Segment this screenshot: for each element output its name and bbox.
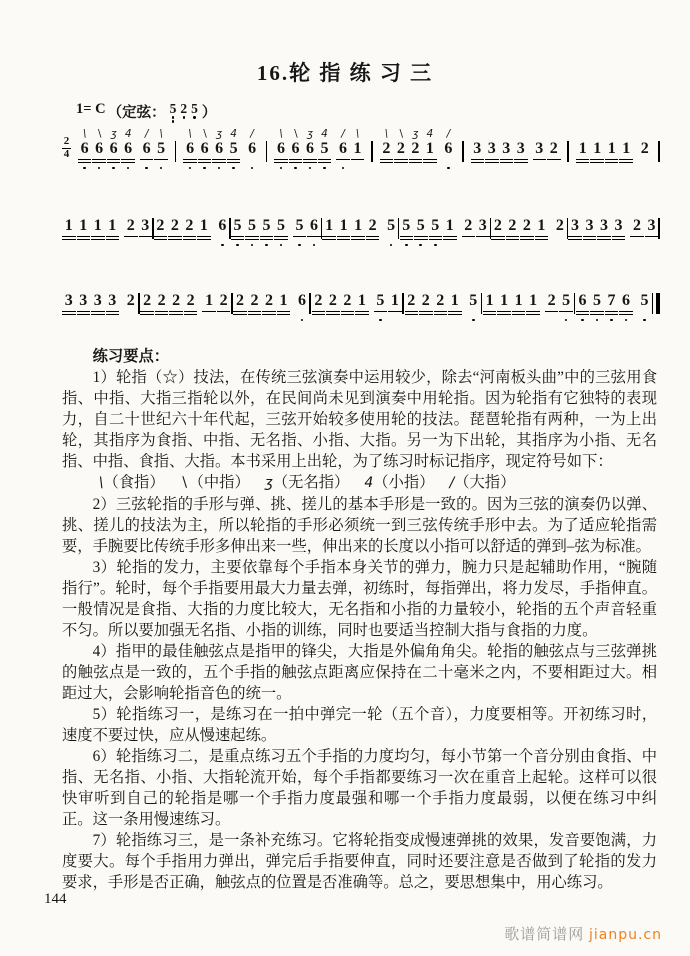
beam-line: [322, 239, 336, 240]
beam-lines: [545, 309, 559, 317]
beam-line: [366, 239, 380, 240]
note: 5: [414, 205, 428, 249]
measure: 22212: [491, 205, 567, 249]
note-digit: 2: [641, 141, 649, 157]
paragraph: 6）轮指练习二，是重点练习五个手指的力度均匀，每小节第一个音分别由食指、中指、无…: [62, 746, 657, 830]
beam-line: [568, 239, 582, 240]
octave-dots: [251, 242, 254, 249]
paragraph: 4）指甲的最佳触弦点是指甲的锋尖，大指是外偏角角尖。轮指的触弦点与三弦弹挑的触弦…: [62, 641, 657, 704]
beam-lines: [409, 157, 423, 165]
note: 2: [262, 280, 276, 324]
note: 3: [583, 205, 597, 249]
beam-line: [605, 159, 619, 160]
octave-dots: [390, 242, 393, 249]
beam-group: 5555: [231, 205, 288, 249]
note: 1: [355, 280, 369, 324]
page-title: 16.轮 指 练 习 三: [0, 57, 690, 87]
beam-group: 2: [553, 205, 567, 249]
octave-dots: [280, 242, 283, 249]
note-digit: 1: [358, 293, 366, 309]
octave-dots: [265, 242, 268, 249]
beam-group: 1111: [483, 280, 540, 324]
note-digit: 2: [369, 218, 377, 234]
note: 3: [77, 280, 91, 324]
beam-line: [337, 239, 351, 240]
beam-line: [78, 159, 92, 160]
beam-lines: [500, 157, 514, 165]
note-digit: 5: [320, 141, 328, 157]
beam-line: [448, 311, 462, 312]
beam-line: [91, 314, 105, 315]
note: 5: [384, 205, 398, 249]
beam-lines: [341, 309, 355, 317]
beam-lines: [605, 157, 619, 165]
beam-group: /6\5: [140, 128, 168, 172]
beam-lines: [351, 234, 365, 242]
final-barline-thick: [656, 293, 660, 314]
note: 5: [293, 205, 307, 249]
beam-line: [535, 236, 549, 237]
beam-lines: [423, 157, 437, 165]
note: 1: [91, 205, 105, 249]
note: ʒ6: [107, 128, 121, 172]
beam-lines: [619, 309, 633, 317]
beam-lines: [414, 234, 428, 242]
beam-lines: [512, 309, 526, 317]
measure: \6∖6ʒ645/6: [183, 128, 259, 172]
note-digit: 6: [622, 293, 630, 309]
beam-lines: [77, 309, 91, 317]
note: 6: [619, 280, 633, 324]
note: 5: [638, 280, 652, 324]
octave-dots: [447, 165, 450, 172]
note-digit: 1: [340, 218, 348, 234]
beam-line: [106, 239, 120, 240]
legend-item: ʒ（无名指）: [265, 472, 350, 494]
beam-line: [197, 239, 211, 240]
beam-line: [388, 311, 402, 312]
note: 1: [277, 280, 291, 324]
tuning-open: （定弦：: [108, 101, 166, 122]
note-digit: 2: [265, 293, 273, 309]
beam-lines: [245, 157, 259, 165]
note: 6: [576, 280, 590, 324]
octave-dots: [581, 317, 584, 324]
note: 2: [506, 205, 520, 249]
beam-lines: [212, 157, 226, 165]
beam-group: 32: [533, 128, 561, 172]
note-digit: 3: [479, 218, 487, 234]
beam-lines: [216, 234, 230, 242]
beam-line: [605, 311, 619, 312]
beam-lines: [169, 309, 183, 317]
note: 1: [576, 128, 590, 172]
octave-dots: [112, 165, 115, 172]
beam-line: [612, 236, 626, 237]
octave-dot: [145, 167, 148, 170]
beam-line: [78, 162, 92, 163]
beam-lines: [462, 234, 476, 242]
beam-group: 5551: [400, 205, 457, 249]
beam-line: [77, 236, 91, 237]
note: 1: [337, 205, 351, 249]
legend-item: /（大指）: [449, 472, 515, 494]
beam-lines: [295, 309, 309, 317]
note: 5: [260, 205, 274, 249]
note-digit: 6: [277, 141, 285, 157]
note-digit: 6: [218, 218, 226, 234]
beam-line: [590, 311, 604, 312]
beam-group: 6: [295, 280, 309, 324]
beam-line: [289, 159, 303, 160]
beam-lines: [576, 309, 590, 317]
paragraph-1: 1）轮指（☆）技法，在传统三弦演奏中运用较少，除去“河南板头曲”中的三弦用食指、…: [62, 367, 657, 472]
note: 1: [77, 205, 91, 249]
note: 1: [619, 128, 633, 172]
note-digit: 5: [234, 218, 242, 234]
note-digit: 1: [205, 293, 213, 309]
beam-group: /6\1: [336, 128, 364, 172]
beam-line: [92, 159, 106, 160]
beam-line: [307, 236, 321, 237]
beam-line: [497, 314, 511, 315]
beam-line: [107, 159, 121, 160]
barline: [371, 141, 373, 162]
beam-line: [506, 236, 520, 237]
octave-dot: [127, 167, 130, 170]
octave-dot: [280, 244, 283, 247]
note-digit: 2: [236, 293, 244, 309]
beam-lines: [520, 234, 534, 242]
note: 3: [62, 280, 76, 324]
note-digit: 1: [325, 218, 333, 234]
beam-group: \6∖6ʒ645: [274, 128, 331, 172]
legend-item: 4（小指）: [364, 472, 434, 494]
beam-line: [262, 314, 276, 315]
beam-lines: [351, 157, 365, 165]
note-digit: 3: [571, 218, 579, 234]
beam-lines: [274, 157, 288, 165]
beam-line: [443, 239, 457, 240]
octave-dot: [251, 167, 254, 170]
beam-group: 5: [384, 205, 398, 249]
music-line: 24\6∖6ʒ646/6\5\6∖6ʒ645/6\6∖6ʒ645/6\1\2∖2…: [62, 128, 660, 172]
note: /6: [140, 128, 154, 172]
note-digit: 3: [517, 141, 525, 157]
beam-lines: [619, 157, 633, 165]
beam-line: [62, 314, 76, 315]
note: 1: [62, 205, 76, 249]
beam-lines: [497, 309, 511, 317]
measure: \6∖6ʒ645/6\1: [274, 128, 364, 172]
octave-dot: [596, 319, 599, 322]
note: 3: [106, 280, 120, 324]
beam-lines: [139, 234, 153, 242]
beam-line: [140, 311, 154, 312]
beam-line: [409, 159, 423, 160]
octave-dot: [189, 167, 192, 170]
note: 2: [520, 205, 534, 249]
beam-line: [326, 311, 340, 312]
beam-lines: [124, 234, 138, 242]
beam-line: [514, 159, 528, 160]
note: 46: [121, 128, 135, 172]
measure: \6∖6ʒ646/6\5: [78, 128, 168, 172]
time-signature-bottom: 4: [64, 150, 70, 159]
beam-lines: [374, 309, 388, 317]
beam-line: [248, 314, 262, 315]
beam-line: [169, 311, 183, 312]
beam-line: [380, 162, 394, 163]
note-digit: 1: [622, 141, 630, 157]
octave-dots: [596, 317, 599, 324]
octave-dot: [309, 167, 312, 170]
note-digit: 2: [127, 218, 135, 234]
beam-line: [121, 162, 135, 163]
note-digit: 3: [141, 218, 149, 234]
note: 3: [500, 128, 514, 172]
beam-lines: [483, 309, 497, 317]
beam-lines: [612, 234, 626, 242]
key-value: 1= C: [76, 101, 106, 118]
note-digit: 5: [157, 141, 165, 157]
note: 3: [471, 128, 485, 172]
note: 2: [169, 280, 183, 324]
beam-line: [262, 311, 276, 312]
octave-dot: [172, 120, 174, 122]
note-digit: 1: [500, 293, 508, 309]
beam-lines: [303, 157, 317, 165]
beam-line: [227, 159, 241, 160]
beam-line: [277, 314, 291, 315]
note: 2: [124, 205, 138, 249]
beam-line: [183, 162, 197, 163]
octave-dot: [232, 167, 235, 170]
beam-line: [409, 162, 423, 163]
note-digit: 5: [263, 218, 271, 234]
beam-lines: [198, 157, 212, 165]
note: 2: [341, 280, 355, 324]
beam-lines: [526, 309, 540, 317]
beam-lines: [260, 234, 274, 242]
octave-dots: [610, 317, 613, 324]
note-digit: 5: [296, 218, 304, 234]
beam-group: \6∖6ʒ646: [78, 128, 135, 172]
beam-group: 2221: [405, 280, 462, 324]
note-digit: 6: [186, 141, 194, 157]
octave-dot: [419, 244, 422, 247]
octave-dots: [221, 242, 224, 249]
paragraph: 5）轮指练习一，是练习在一拍中弹完一轮（五个音），力度要相等。开初练习时，速度不…: [62, 704, 657, 746]
note-digit: 6: [95, 141, 103, 157]
note: 6: [307, 205, 321, 249]
note: ∖6: [289, 128, 303, 172]
beam-line: [605, 162, 619, 163]
music-line: 33332222212222162221512221511112565765: [62, 280, 660, 324]
note-digit: 2: [397, 141, 405, 157]
beam-line: [423, 159, 437, 160]
beam-lines: [140, 157, 154, 165]
note-digit: 5: [191, 102, 198, 115]
beam-line: [483, 314, 497, 315]
book-page: 16.轮 指 练 习 三 1= C （定弦： 525 ） 24\6∖6ʒ646/…: [0, 0, 690, 956]
note-digit: 6: [339, 141, 347, 157]
octave-dots: [472, 317, 475, 324]
note-digit: 2: [185, 218, 193, 234]
note-digit: 5: [641, 293, 649, 309]
beam-line: [198, 159, 212, 160]
note: 3: [476, 205, 490, 249]
octave-dots: [127, 165, 130, 172]
note-digit: 3: [615, 218, 623, 234]
note: 2: [419, 280, 433, 324]
note: /6: [245, 128, 259, 172]
note: 2: [545, 280, 559, 324]
note: 1: [535, 205, 549, 249]
note: 3: [568, 205, 582, 249]
note-digit: 1: [446, 218, 454, 234]
beam-group: 23: [462, 205, 490, 249]
note-digit: 2: [633, 218, 641, 234]
note: 2: [140, 280, 154, 324]
beam-lines: [568, 234, 582, 242]
beam-line: [423, 162, 437, 163]
note-digit: 2: [172, 293, 180, 309]
finger-symbol: ʒ: [265, 475, 273, 491]
beam-line: [168, 239, 182, 240]
beam-lines: [184, 309, 198, 317]
octave-dots: [342, 165, 345, 172]
time-signature: 24: [62, 137, 71, 159]
note-digit: 1: [280, 293, 288, 309]
note-digit: 3: [648, 218, 656, 234]
beam-lines: [590, 309, 604, 317]
note-digit: 6: [110, 141, 118, 157]
note-digit: 1: [529, 293, 537, 309]
beam-line: [514, 162, 528, 163]
beam-lines: [307, 234, 321, 242]
beam-lines: [107, 157, 121, 165]
measure: 111123: [62, 205, 152, 249]
note: 2: [312, 280, 326, 324]
note: 41: [423, 128, 437, 172]
beam-lines: [121, 157, 135, 165]
tuning-note: 5: [191, 102, 198, 119]
note-digit: 1: [593, 141, 601, 157]
octave-dots: [301, 317, 304, 324]
beam-line: [121, 159, 135, 160]
key-signature: 1= C （定弦： 525 ）: [76, 101, 216, 123]
note-digit: 5: [248, 218, 256, 234]
note-digit: 1: [94, 218, 102, 234]
note: ʒ6: [303, 128, 317, 172]
note-digit: 1: [200, 218, 208, 234]
octave-dot: [342, 167, 345, 170]
note: \6: [274, 128, 288, 172]
beam-line: [576, 162, 590, 163]
note: 3: [612, 205, 626, 249]
beam-line: [619, 162, 633, 163]
note-digit: 1: [537, 218, 545, 234]
finger-symbol-legend: \（食指）∖（中指）ʒ（无名指）4（小指）/（大指）: [99, 472, 657, 494]
octave-dot: [236, 244, 239, 247]
note-digit: 2: [171, 218, 179, 234]
beam-line: [318, 162, 332, 163]
beam-lines: [467, 309, 481, 317]
note: 2: [217, 280, 231, 324]
note-digit: 5: [277, 218, 285, 234]
beam-line: [184, 314, 198, 315]
beam-line: [576, 311, 590, 312]
beam-group: 1111: [62, 205, 119, 249]
octave-dots: [98, 165, 101, 172]
note-digit: 3: [65, 293, 73, 309]
note-digit: 5: [431, 218, 439, 234]
beam-group: 25: [545, 280, 573, 324]
octave-dots: [160, 165, 163, 172]
beam-line: [434, 314, 448, 315]
practice-notes: 练习要点： 1）轮指（☆）技法，在传统三弦演奏中运用较少，除去“河南板头曲”中的…: [62, 346, 657, 893]
beam-line: [533, 159, 547, 160]
note: 2: [124, 280, 138, 324]
beam-lines: [322, 234, 336, 242]
note: 1: [443, 205, 457, 249]
barline: [658, 218, 660, 239]
practice-notes-heading: 练习要点：: [62, 346, 657, 367]
note: 2: [547, 128, 561, 172]
beam-group: 23: [630, 205, 658, 249]
octave-dot: [83, 167, 86, 170]
note: 2: [630, 205, 644, 249]
note-digit: 1: [426, 141, 434, 157]
note: 3: [139, 205, 153, 249]
beam-line: [139, 236, 153, 237]
note: \6: [183, 128, 197, 172]
beam-line: [336, 159, 350, 160]
octave-dot: [112, 167, 115, 170]
beam-line: [183, 159, 197, 160]
beam-lines: [355, 309, 369, 317]
note-digit: 5: [387, 218, 395, 234]
note: 1: [351, 205, 365, 249]
beam-line: [260, 239, 274, 240]
note-digit: 2: [556, 218, 564, 234]
note-digit: 6: [298, 293, 306, 309]
beam-lines: [485, 157, 499, 165]
beam-lines: [140, 309, 154, 317]
beam-group: \6∖6ʒ645: [183, 128, 240, 172]
beam-lines: [471, 157, 485, 165]
note: 2: [462, 205, 476, 249]
octave-dot: [581, 319, 584, 322]
beam-line: [277, 311, 291, 312]
beam-line: [341, 314, 355, 315]
beam-line: [520, 236, 534, 237]
beam-line: [245, 239, 259, 240]
tuning-notes: 525: [168, 101, 200, 123]
note: 1: [605, 128, 619, 172]
beam-line: [77, 239, 91, 240]
beam-line: [92, 162, 106, 163]
octave-dots: [145, 165, 148, 172]
beam-lines: [318, 157, 332, 165]
note-digit: 1: [391, 293, 399, 309]
beam-lines: [289, 157, 303, 165]
octave-dot: [265, 244, 268, 247]
octave-dots: [189, 165, 192, 172]
octave-dot: [193, 116, 195, 118]
note-digit: 6: [291, 141, 299, 157]
